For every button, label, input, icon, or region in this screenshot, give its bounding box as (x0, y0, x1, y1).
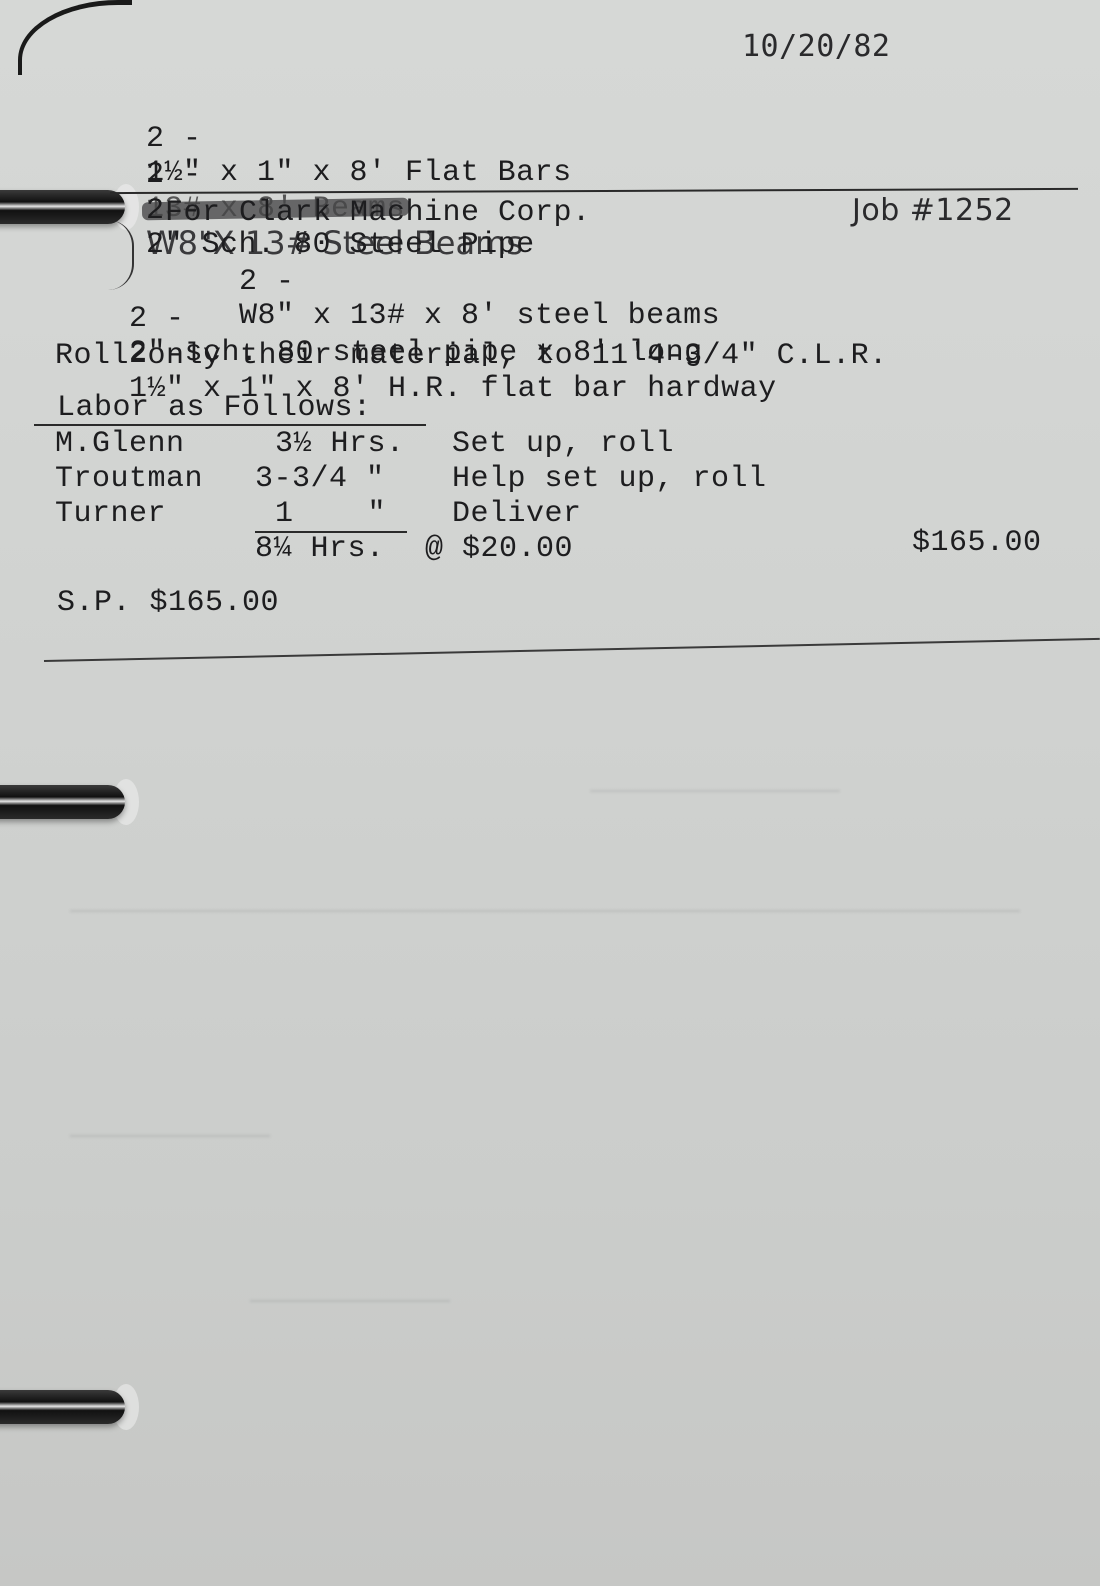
labor-name: M.Glenn (55, 427, 185, 461)
labor-hours: 1 " (275, 497, 386, 531)
labor-hours: 3½ Hrs. (275, 427, 405, 461)
roll-instruction: Roll only their material, to 11'4-3/4" C… (55, 339, 888, 373)
labor-task: Deliver (452, 497, 582, 531)
document-date: 10/20/82 (742, 30, 891, 64)
labor-rate: @ $20.00 (425, 532, 573, 566)
labor-task: Help set up, roll (452, 462, 767, 496)
total-hours: 8¼ Hrs. (255, 532, 385, 566)
labor-heading-underline (34, 424, 426, 426)
job-number: Job #1252 (852, 194, 1014, 228)
labor-task: Set up, roll (452, 427, 674, 461)
page-corner-curl (18, 0, 132, 75)
entry-end-rule (44, 638, 1100, 662)
selling-price: S.P. $165.00 (57, 586, 279, 620)
labor-heading: Labor as Follows: (57, 391, 372, 425)
labor-hours: 3-3/4 " (255, 462, 385, 496)
labor-name: Turner (55, 497, 166, 531)
customer-line: For Clark Machine Corp. (165, 196, 591, 230)
bleed-through-text (70, 760, 1070, 1400)
labor-amount: $165.00 (912, 526, 1042, 560)
labor-name: Troutman (55, 462, 203, 496)
notebook-page: 10/20/82 2 - 1½" x 1" x 8' Flat Bars 2 -… (0, 0, 1100, 1586)
